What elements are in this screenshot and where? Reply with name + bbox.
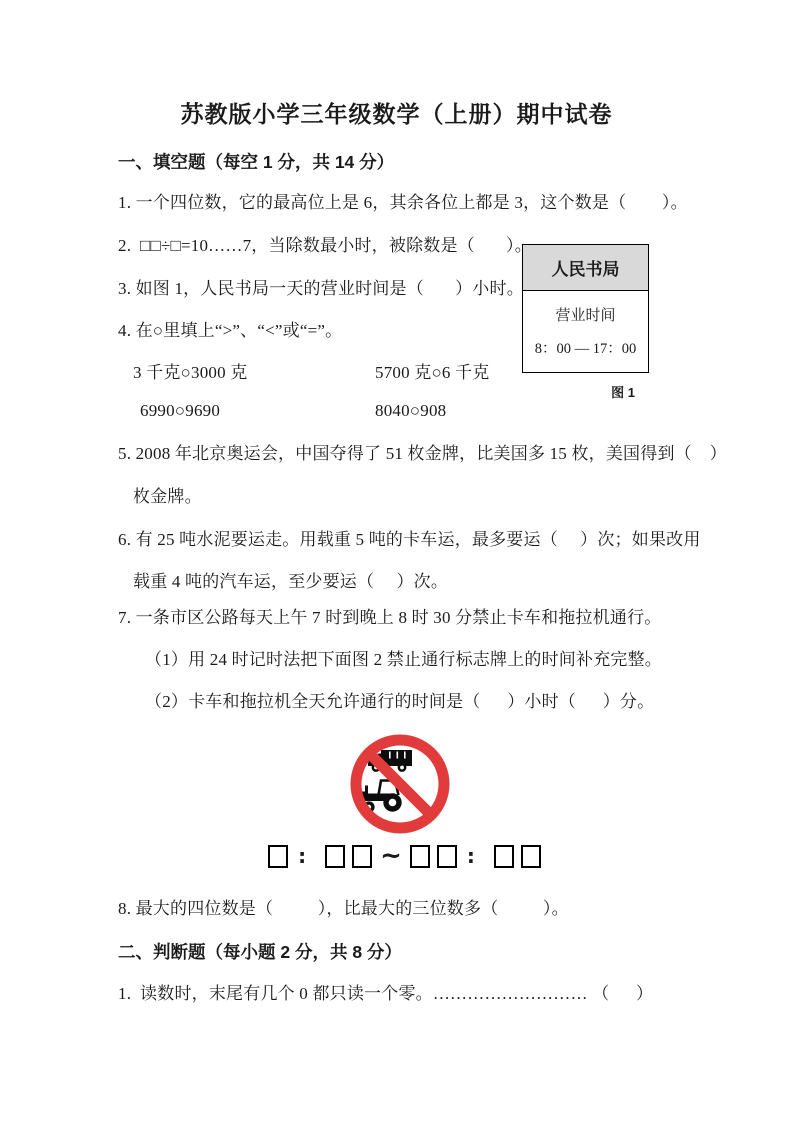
question-4: 4. 在○里填上“>”、“<”或“=”。 [118, 320, 342, 342]
bookstore-hours-value: 8：00 — 17：00 [523, 337, 648, 358]
time-digit-box [521, 845, 541, 868]
question-7: 7. 一条市区公路每天上午 7 时到晚上 8 时 30 分禁止卡车和拖拉机通行。 [118, 607, 662, 629]
comparison-r2c2: 8040○908 [375, 400, 446, 422]
time-digit-box [410, 845, 430, 868]
time-digit-box [352, 845, 372, 868]
time-digit-box [437, 845, 457, 868]
time-digit-box [325, 845, 345, 868]
bookstore-name: 人民书局 [523, 245, 648, 291]
question-2: 2. □□÷□=10……7，当除数最小时，被除数是（ ）。 [118, 235, 532, 257]
comparison-r1c2: 5700 克○6 千克 [375, 362, 489, 384]
judge-question-1: 1. 读数时，末尾有几个 0 都只读一个零。……………………… （ ） [118, 983, 653, 1005]
question-6-line1: 6. 有 25 吨水泥要运走。用载重 5 吨的卡车运，最多要运（ ）次；如果改用 [118, 529, 701, 551]
no-entry-sign [345, 729, 455, 839]
time-colon: : [298, 845, 306, 868]
page-title: 苏教版小学三年级数学（上册）期中试卷 [0, 96, 793, 129]
question-7-sub2: （2）卡车和拖拉机全天允许通行的时间是（ ）小时（ ）分。 [145, 691, 654, 713]
question-5-line2: 枚金牌。 [133, 486, 202, 508]
time-digit-box [494, 845, 514, 868]
time-colon: : [467, 845, 475, 868]
question-8: 8. 最大的四位数是（ ），比最大的三位数多（ ）。 [118, 898, 569, 920]
sign-time-row: : ~ : [0, 845, 793, 868]
comparison-r1c1: 3 千克○3000 克 [133, 362, 247, 384]
comparison-r2c1: 6990○9690 [140, 400, 220, 422]
question-3: 3. 如图 1，人民书局一天的营业时间是（ ）小时。 [118, 278, 524, 300]
question-5-line1: 5. 2008 年北京奥运会，中国夺得了 51 枚金牌，比美国多 15 枚，美国… [118, 443, 727, 465]
bookstore-hours-label: 营业时间 [523, 304, 648, 325]
question-1: 1. 一个四位数，它的最高位上是 6，其余各位上都是 3，这个数是（ ）。 [118, 192, 688, 214]
exam-paper-page: 苏教版小学三年级数学（上册）期中试卷 一、填空题（每空 1 分，共 14 分） … [0, 0, 793, 1122]
no-entry-sign-graphic [345, 729, 455, 839]
bookstore-hours-box: 人民书局 营业时间 8：00 — 17：00 [522, 244, 649, 373]
section1-heading: 一、填空题（每空 1 分，共 14 分） [118, 149, 394, 174]
figure1-caption: 图 1 [560, 382, 686, 401]
time-tilde: ~ [380, 845, 402, 868]
question-7-sub1: （1）用 24 时记时法把下面图 2 禁止通行标志牌上的时间补充完整。 [145, 649, 662, 671]
question-6-line2: 载重 4 吨的汽车运，至少要运（ ）次。 [133, 571, 448, 593]
section2-heading: 二、判断题（每小题 2 分，共 8 分） [118, 939, 402, 964]
time-digit-box [268, 845, 288, 868]
